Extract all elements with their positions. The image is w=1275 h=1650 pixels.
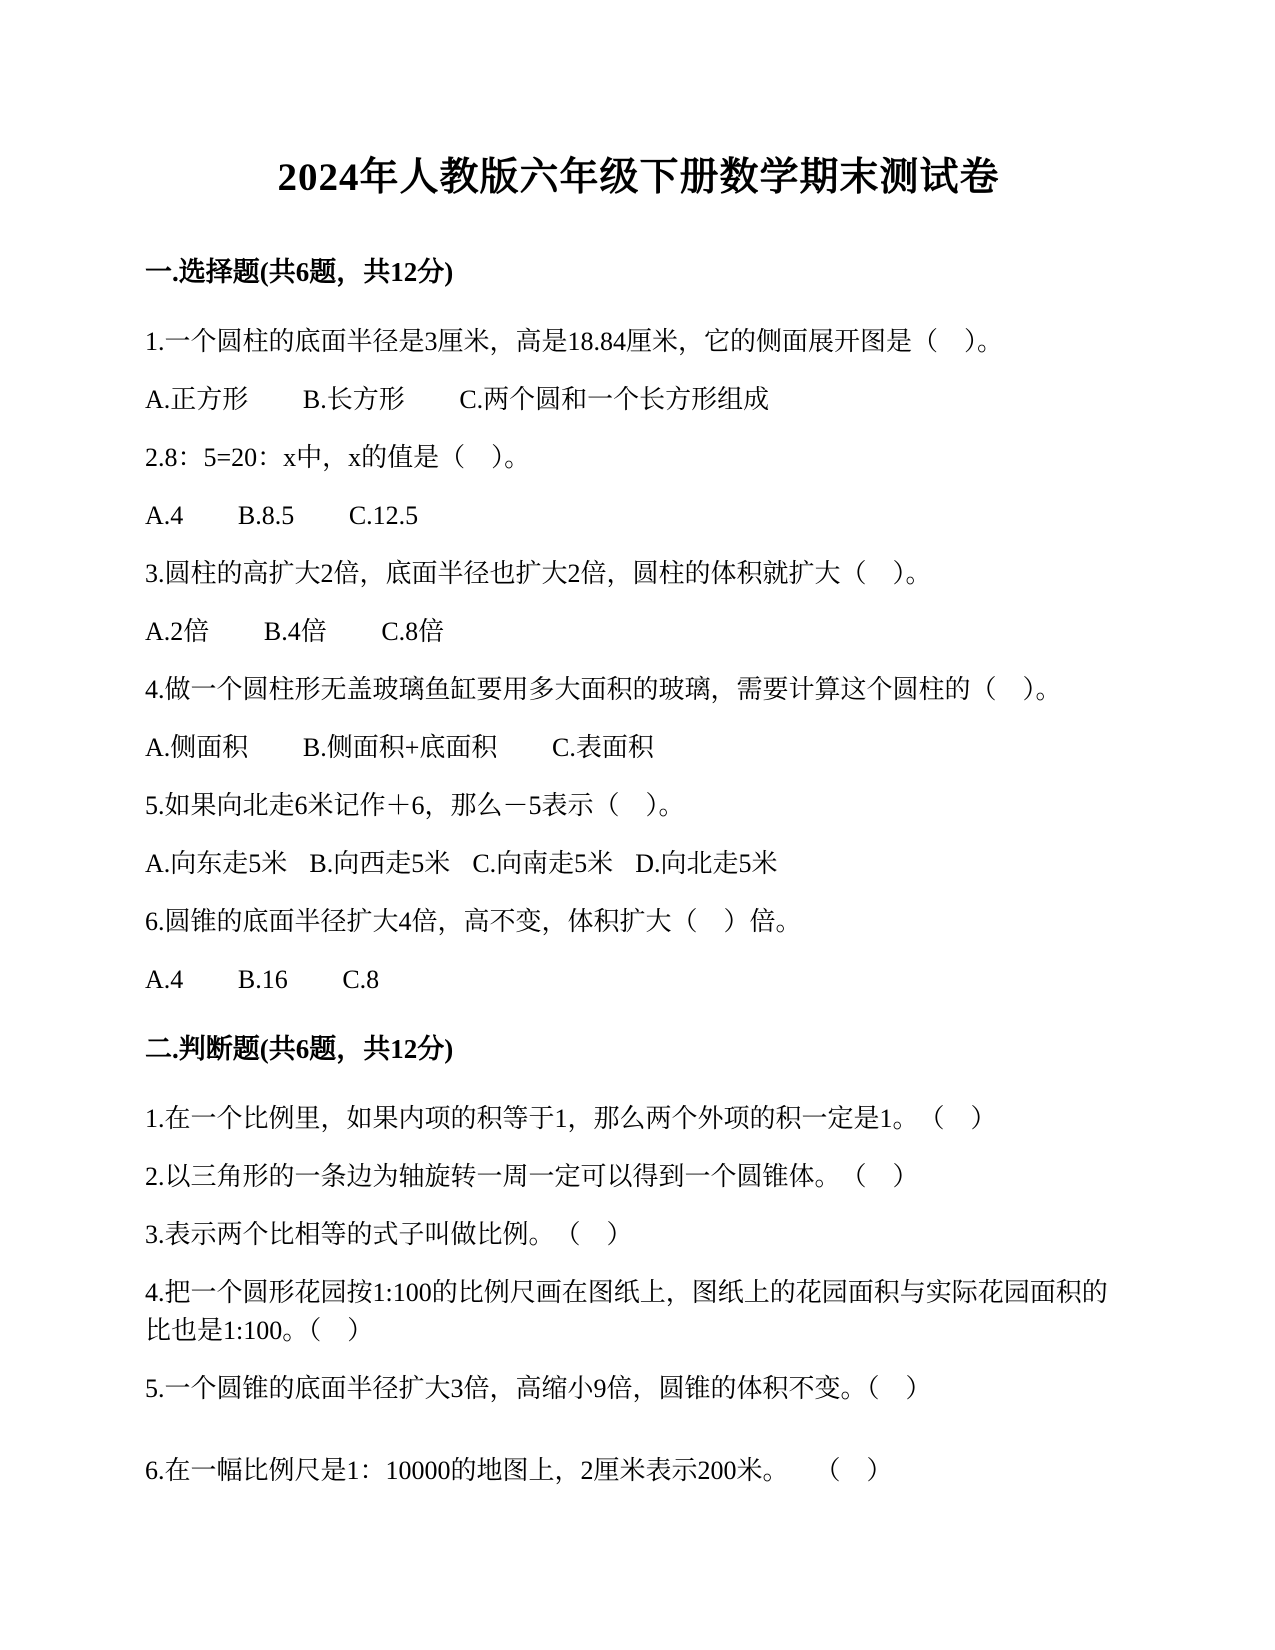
exam-document-page: 2024年人教版六年级下册数学期末测试卷 一.选择题(共6题，共12分)1.一个… bbox=[0, 0, 1275, 1650]
option: C.向南走5米 bbox=[472, 845, 613, 883]
options-row: A.4B.8.5C.12.5 bbox=[145, 497, 1132, 535]
section-heading: 一.选择题(共6题，共12分) bbox=[145, 250, 1132, 289]
question-text: 3.表示两个比相等的式子叫做比例。 （ ） bbox=[145, 1216, 1132, 1254]
option: A.4 bbox=[145, 497, 183, 535]
question-text: 3.圆柱的高扩大2倍，底面半径也扩大2倍，圆柱的体积就扩大（ ）。 bbox=[145, 555, 1132, 593]
option: B.长方形 bbox=[303, 381, 405, 419]
option: C.两个圆和一个长方形组成 bbox=[459, 381, 769, 419]
option: C.8倍 bbox=[381, 613, 444, 651]
option: B.8.5 bbox=[238, 497, 294, 535]
option: C.表面积 bbox=[552, 729, 654, 767]
option: A.4 bbox=[145, 961, 183, 999]
question-text: 1.一个圆柱的底面半径是3厘米，高是18.84厘米，它的侧面展开图是（ ）。 bbox=[145, 323, 1132, 361]
question-text: 4.把一个圆形花园按1:100的比例尺画在图纸上，图纸上的花园面积与实际花园面积… bbox=[145, 1274, 1132, 1350]
option: D.向北走5米 bbox=[635, 845, 777, 883]
question-text: 6.圆锥的底面半径扩大4倍，高不变，体积扩大（ ）倍。 bbox=[145, 903, 1132, 941]
question-text: 6.在一幅比例尺是1：10000的地图上，2厘米表示200米。 （ ） bbox=[145, 1452, 1132, 1490]
options-row: A.向东走5米B.向西走5米C.向南走5米D.向北走5米 bbox=[145, 845, 1132, 883]
option: C.8 bbox=[342, 961, 379, 999]
section-heading: 二.判断题(共6题，共12分) bbox=[145, 1027, 1132, 1066]
question-text: 5.一个圆锥的底面半径扩大3倍，高缩小9倍，圆锥的体积不变。（ ） bbox=[145, 1370, 1132, 1408]
question-text: 4.做一个圆柱形无盖玻璃鱼缸要用多大面积的玻璃，需要计算这个圆柱的（ ）。 bbox=[145, 671, 1132, 709]
option: B.侧面积+底面积 bbox=[303, 729, 498, 767]
options-row: A.侧面积B.侧面积+底面积C.表面积 bbox=[145, 729, 1132, 767]
option: C.12.5 bbox=[349, 497, 418, 535]
exam-content: 一.选择题(共6题，共12分)1.一个圆柱的底面半径是3厘米，高是18.84厘米… bbox=[145, 250, 1132, 1490]
option: B.4倍 bbox=[264, 613, 327, 651]
option: A.正方形 bbox=[145, 381, 248, 419]
question-text: 2.8：5=20：x中，x的值是（ ）。 bbox=[145, 439, 1132, 477]
question-text: 1.在一个比例里，如果内项的积等于1，那么两个外项的积一定是1。 （ ） bbox=[145, 1100, 1132, 1138]
question-text: 2.以三角形的一条边为轴旋转一周一定可以得到一个圆锥体。 （ ） bbox=[145, 1158, 1132, 1196]
option: A.2倍 bbox=[145, 613, 209, 651]
option: A.向东走5米 bbox=[145, 845, 287, 883]
options-row: A.正方形B.长方形C.两个圆和一个长方形组成 bbox=[145, 381, 1132, 419]
options-row: A.2倍B.4倍C.8倍 bbox=[145, 613, 1132, 651]
options-row: A.4B.16C.8 bbox=[145, 961, 1132, 999]
option: B.16 bbox=[238, 961, 288, 999]
option: A.侧面积 bbox=[145, 729, 248, 767]
page-title: 2024年人教版六年级下册数学期末测试卷 bbox=[145, 146, 1132, 202]
option: B.向西走5米 bbox=[309, 845, 450, 883]
question-text: 5.如果向北走6米记作＋6，那么－5表示（ ）。 bbox=[145, 787, 1132, 825]
